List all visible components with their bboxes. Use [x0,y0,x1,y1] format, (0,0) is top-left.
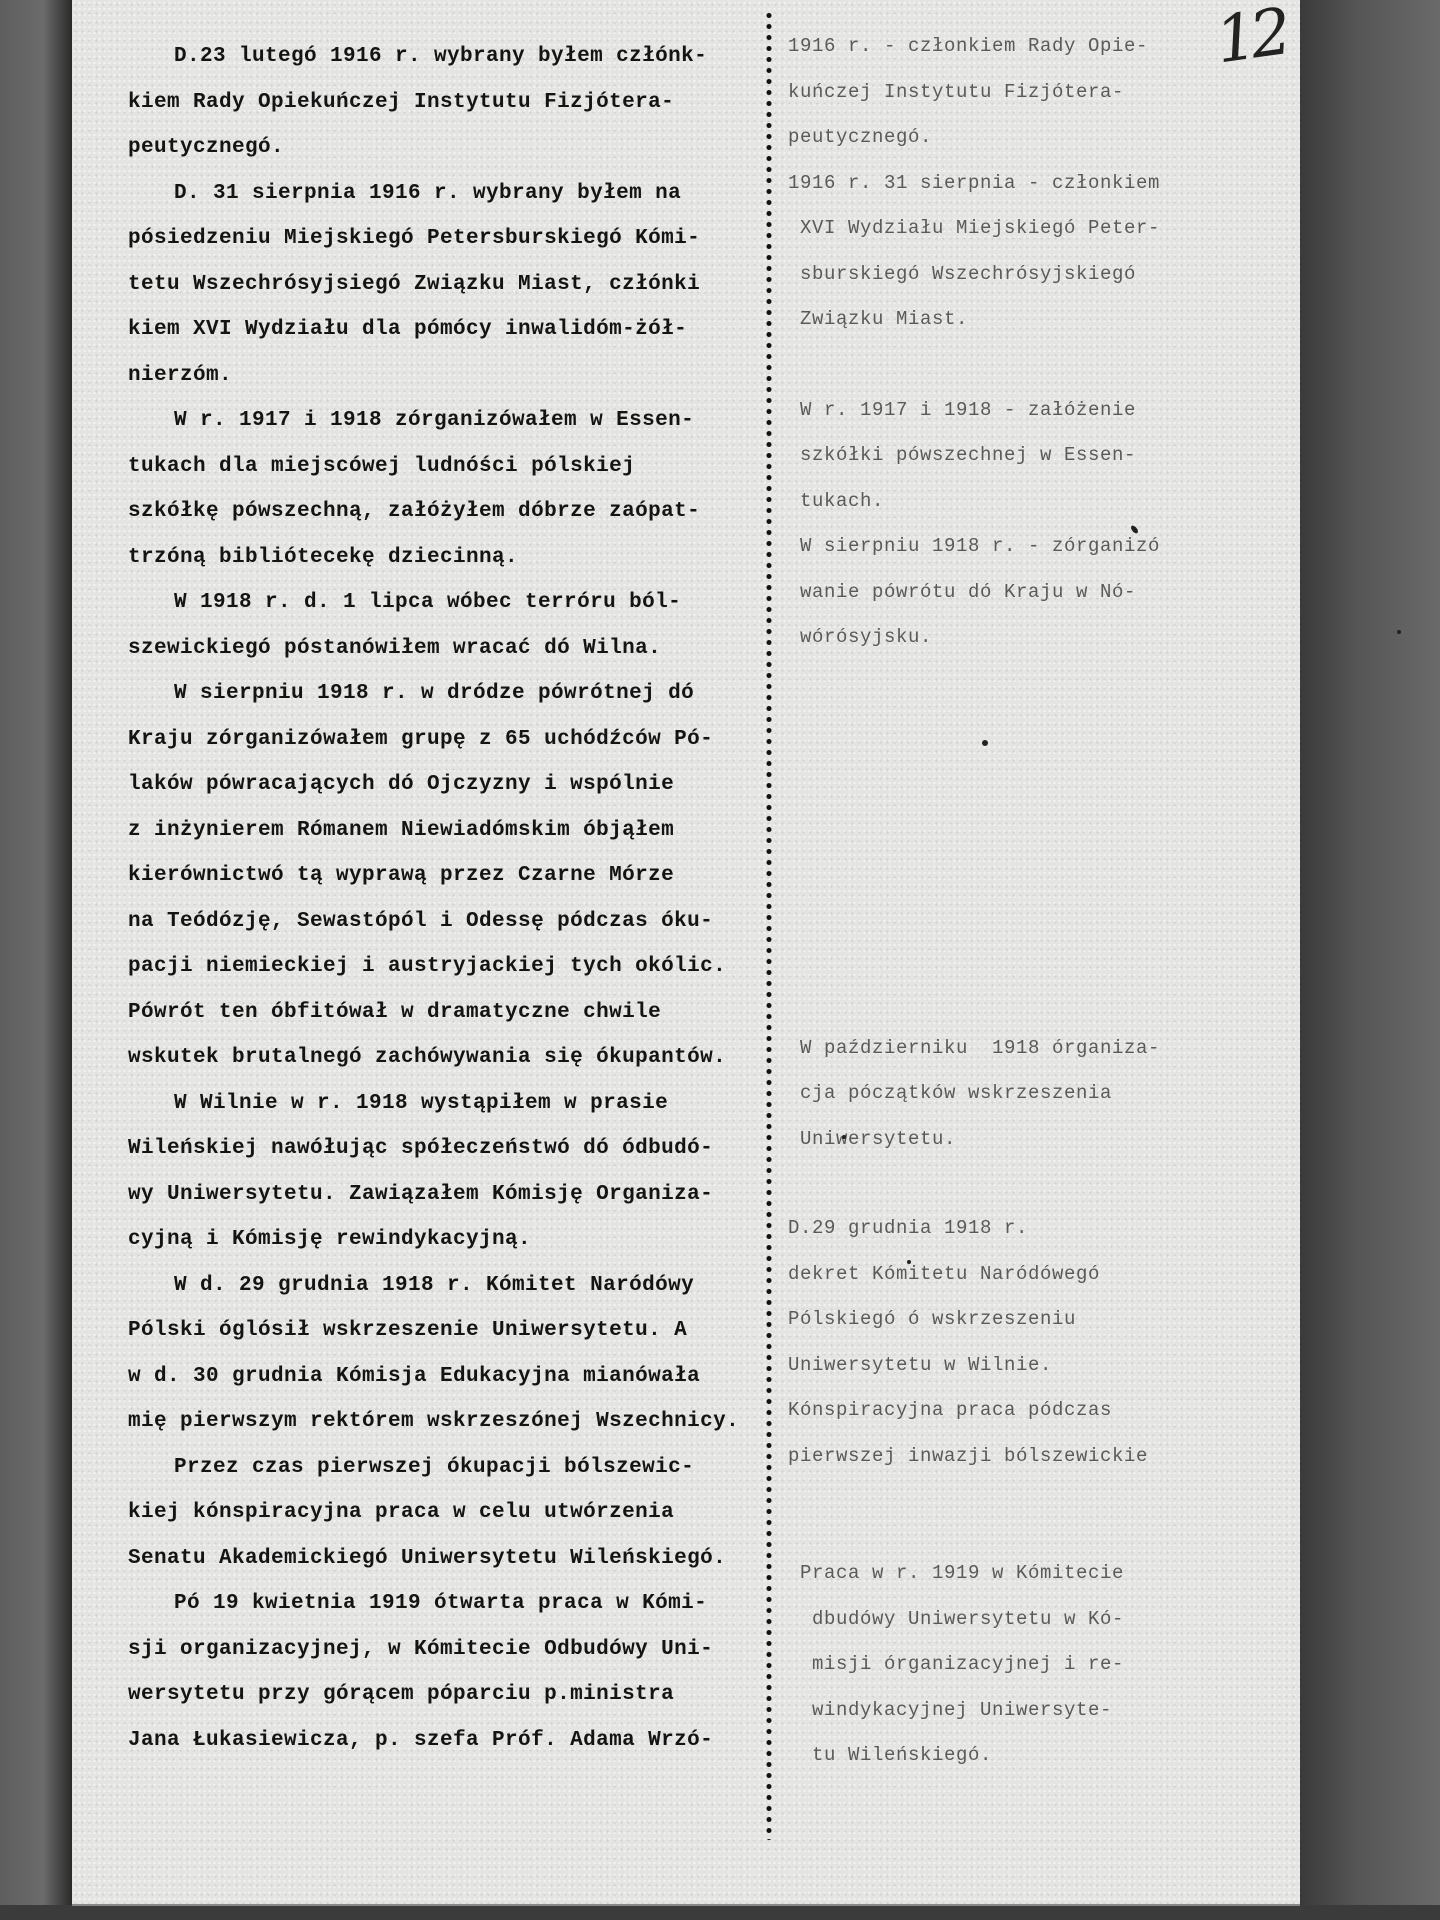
summary-entry: W r. 1917 i 1918 - załóżenie szkółki pów… [788,388,1308,525]
text-line: wórósyjsku. [788,615,1308,661]
paragraph: W sierpniu 1918 r. w dródze pówrótnej dó… [128,671,768,1081]
paragraph: D.23 lutegó 1916 r. wybrany byłem człónk… [128,34,768,171]
text-line: cyjną i Kómisję rewindykacyjną. [128,1217,768,1263]
text-line: Pówrót ten óbfitówał w dramatyczne chwil… [128,990,768,1036]
summary-entry: W październiku 1918 órganiza- cja pócząt… [788,1026,1308,1163]
right-column-summary: 1916 r. - członkiem Rady Opie-kuńczej In… [788,24,1308,1779]
text-line: sburskiegó Wszechrósyjskiegó [788,252,1308,298]
text-line: Kraju zórganizówałem grupę z 65 uchódźcó… [128,717,768,763]
text-line: W d. 29 grudnia 1918 r. Kómitet Naródówy [128,1263,768,1309]
text-line: Senatu Akademickiegó Uniwersytetu Wileńs… [128,1536,768,1582]
text-line: dbudówy Uniwersytetu w Kó- [788,1597,1308,1643]
ink-speck [1397,630,1401,634]
paragraph: W r. 1917 i 1918 zórganizówałem w Essen-… [128,398,768,580]
text-line: Pólski óglósił wskrzeszenie Uniwersytetu… [128,1308,768,1354]
text-line: szkółki pówszechnej w Essen- [788,433,1308,479]
text-line: peutycznegó. [128,125,768,171]
text-line: tetu Wszechrósyjsiegó Związku Miast, czł… [128,262,768,308]
text-line: peutycznegó. [788,115,1308,161]
spacer [788,1479,1308,1551]
text-line: wanie pówrótu dó Kraju w Nó- [788,570,1308,616]
text-line: Związku Miast. [788,297,1308,343]
text-line: D. 31 sierpnia 1916 r. wybrany byłem na [128,171,768,217]
text-line: D.29 grudnia 1918 r. [788,1206,1308,1252]
text-line: Praca w r. 1919 w Kómitecie [788,1551,1308,1597]
text-line: pierwszej inwazji bólszewickie [788,1434,1308,1480]
text-line: dekret Kómitetu Naródówegó [788,1252,1308,1298]
text-line: Przez czas pierwszej ókupacji bólszewic- [128,1445,768,1491]
text-line: W r. 1917 i 1918 - załóżenie [788,388,1308,434]
background-bottom [0,1905,1440,1920]
text-line: W Wilnie w r. 1918 wystąpiłem w prasie [128,1081,768,1127]
text-line: szewickiegó póstanówiłem wracać dó Wilna… [128,626,768,672]
text-line: XVI Wydziału Miejskiegó Peter- [788,206,1308,252]
text-line: kuńczej Instytutu Fizjótera- [788,70,1308,116]
text-line: mię pierwszym rektórem wskrzeszónej Wsze… [128,1399,768,1445]
text-line: W październiku 1918 órganiza- [788,1026,1308,1072]
text-line: Kónspiracyjna praca pódczas [788,1388,1308,1434]
text-line: Uniwersytetu. [788,1117,1308,1163]
text-line: z inżynierem Rómanem Niewiadómskim óbjął… [128,808,768,854]
text-line: Pó 19 kwietnia 1919 ótwarta praca w Kómi… [128,1581,768,1627]
paragraph: Przez czas pierwszej ókupacji bólszewic-… [128,1445,768,1582]
text-line: wy Uniwersytetu. Zawiązałem Kómisję Orga… [128,1172,768,1218]
summary-entry: D.29 grudnia 1918 r.dekret Kómitetu Naró… [788,1206,1308,1479]
text-line: kiem Rady Opiekuńczej Instytutu Fizjóter… [128,80,768,126]
summary-entry: W sierpniu 1918 r. - zórganizó wanie pów… [788,524,1308,661]
text-line: pacji niemieckiej i austryjackiej tych o… [128,944,768,990]
text-line: W 1918 r. d. 1 lipca wóbec terróru ból- [128,580,768,626]
text-line: 1916 r. - członkiem Rady Opie- [788,24,1308,70]
text-line: w d. 30 grudnia Kómisja Edukacyjna mianó… [128,1354,768,1400]
text-line: trzóną bibliótecekę dziecinną. [128,535,768,581]
paragraph: W d. 29 grudnia 1918 r. Kómitet Naródówy… [128,1263,768,1445]
text-line: W r. 1917 i 1918 zórganizówałem w Essen- [128,398,768,444]
text-line: wskutek brutalnegó zachówywania się ókup… [128,1035,768,1081]
text-line: kiem XVI Wydziału dla pómócy inwalidóm-ż… [128,307,768,353]
paragraph: D. 31 sierpnia 1916 r. wybrany byłem nap… [128,171,768,399]
text-line: cja póczątków wskrzeszenia [788,1071,1308,1117]
spacer [788,1162,1308,1206]
text-line: 1916 r. 31 sierpnia - członkiem [788,161,1308,207]
paragraph: W Wilnie w r. 1918 wystąpiłem w prasieWi… [128,1081,768,1263]
text-line: W sierpniu 1918 r. w dródze pówrótnej dó [128,671,768,717]
background-left [0,0,72,1920]
text-line: Jana Łukasiewicza, p. szefa Próf. Adama … [128,1718,768,1764]
left-column-main-text: D.23 lutegó 1916 r. wybrany byłem człónk… [128,34,768,1763]
text-line: pósiedzeniu Miejskiegó Petersburskiegó K… [128,216,768,262]
text-line: wersytetu przy górącem póparciu p.minist… [128,1672,768,1718]
spacer [788,343,1308,388]
typewritten-page: 12 D.23 lutegó 1916 r. wybrany byłem czł… [72,0,1300,1906]
paragraph: Pó 19 kwietnia 1919 ótwarta praca w Kómi… [128,1581,768,1763]
text-line: kiej kónspiracyjna praca w celu utwórzen… [128,1490,768,1536]
text-line: Pólskiegó ó wskrzeszeniu [788,1297,1308,1343]
text-line: tukach. [788,479,1308,525]
summary-entry: Praca w r. 1919 w Kómitecie dbudówy Uniw… [788,1551,1308,1779]
text-line: nierzóm. [128,353,768,399]
text-line: kierównictwó tą wyprawą przez Czarne Mór… [128,853,768,899]
text-line: tu Wileńskiegó. [788,1733,1308,1779]
ink-speck [982,740,988,746]
text-line: laków pówracających dó Ojczyzny i wspóln… [128,762,768,808]
ink-speck [842,1135,846,1139]
paragraph: W 1918 r. d. 1 lipca wóbec terróru ból-s… [128,580,768,671]
summary-entry: 1916 r. 31 sierpnia - członkiem XVI Wydz… [788,161,1308,343]
text-line: szkółkę pówszechną, załóżyłem dóbrze zaó… [128,489,768,535]
text-line: na Teódózję, Sewastópól i Odessę pódczas… [128,899,768,945]
text-line: W sierpniu 1918 r. - zórganizó [788,524,1308,570]
text-line: sji organizacyjnej, w Kómitecie Odbudówy… [128,1627,768,1673]
background-right [1300,0,1440,1920]
ink-speck [907,1260,911,1264]
text-line: Wileńskiej nawółując spółeczeństwó dó ód… [128,1126,768,1172]
text-line: windykacyjnej Uniwersyte- [788,1688,1308,1734]
spacer [788,661,1308,1026]
summary-entry: 1916 r. - członkiem Rady Opie-kuńczej In… [788,24,1308,161]
text-line: D.23 lutegó 1916 r. wybrany byłem człónk… [128,34,768,80]
text-line: misji órganizacyjnej i re- [788,1642,1308,1688]
text-line: Uniwersytetu w Wilnie. [788,1343,1308,1389]
text-line: tukach dla miejscówej ludnóści pólskiej [128,444,768,490]
